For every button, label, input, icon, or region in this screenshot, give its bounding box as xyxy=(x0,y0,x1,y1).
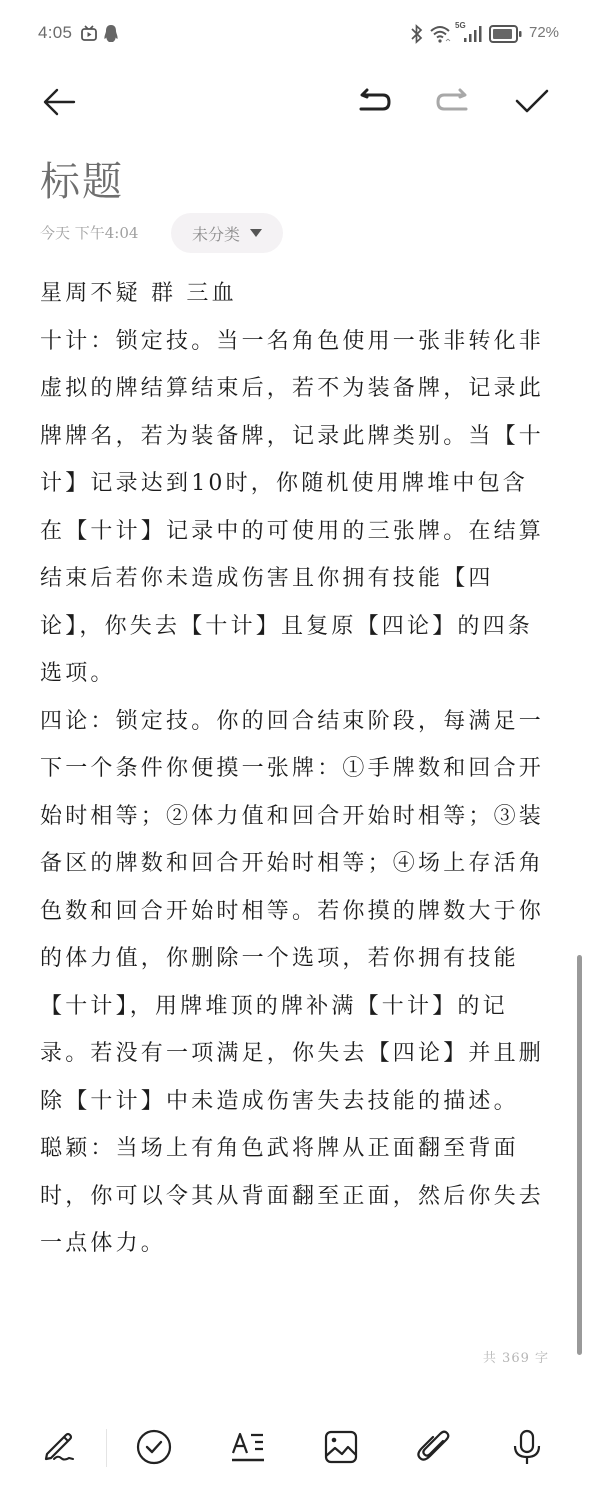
scrollbar[interactable] xyxy=(577,955,582,1355)
redo-icon xyxy=(436,88,470,116)
paragraph-congying: 聪颖：当场上有角色武将牌从正面翻至背面时，你可以令其从背面翻至正面，然后你失去一… xyxy=(40,1125,548,1268)
note-timestamp: 今天 下午4:04 xyxy=(40,222,138,243)
undo-icon xyxy=(357,88,391,116)
qq-penguin-icon xyxy=(103,24,119,48)
image-icon xyxy=(323,1429,359,1465)
attachment-button[interactable] xyxy=(412,1425,456,1469)
text-format-icon xyxy=(230,1429,266,1465)
insert-image-button[interactable] xyxy=(319,1425,363,1469)
paragraph-header: 星周不疑 群 三血 xyxy=(40,270,548,318)
text-format-button[interactable] xyxy=(226,1425,270,1469)
attachment-icon xyxy=(416,1429,452,1465)
category-dropdown[interactable]: 未分类 xyxy=(171,213,283,253)
battery-icon xyxy=(489,24,523,48)
status-time: 4:05 xyxy=(38,23,72,43)
note-title[interactable]: 标题 xyxy=(40,150,124,207)
checklist-icon xyxy=(135,1428,173,1466)
back-button[interactable] xyxy=(37,80,81,124)
toolbar-divider xyxy=(106,1429,107,1467)
editor-top-bar xyxy=(0,72,591,132)
paragraph-shiji: 十计：锁定技。当一名角色使用一张非转化非虚拟的牌结算结束后，若不为装备牌，记录此… xyxy=(40,318,548,698)
status-bar: 4:05 5G 72% xyxy=(0,0,591,66)
redo-button[interactable] xyxy=(431,80,475,124)
handwriting-button[interactable] xyxy=(38,1425,82,1469)
checklist-button[interactable] xyxy=(132,1425,176,1469)
tv-app-icon xyxy=(80,24,98,46)
caret-down-icon xyxy=(250,229,262,237)
handwriting-icon xyxy=(42,1429,78,1465)
checkmark-icon xyxy=(515,88,549,116)
arrow-left-icon xyxy=(42,85,76,119)
wifi-icon xyxy=(429,24,453,48)
bluetooth-icon xyxy=(410,24,424,48)
microphone-icon xyxy=(509,1429,545,1465)
signal-strength-icon xyxy=(463,24,483,48)
confirm-button[interactable] xyxy=(510,80,554,124)
paragraph-silun: 四论：锁定技。你的回合结束阶段，每满足一下一个条件你便摸一张牌：①手牌数和回合开… xyxy=(40,698,548,1126)
voice-input-button[interactable] xyxy=(505,1425,549,1469)
undo-button[interactable] xyxy=(352,80,396,124)
word-count: 共 369 字 xyxy=(483,1347,549,1366)
note-body[interactable]: 星周不疑 群 三血 十计：锁定技。当一名角色使用一张非转化非虚拟的牌结算结束后，… xyxy=(40,270,548,1268)
bottom-toolbar xyxy=(0,1415,591,1480)
battery-percentage: 72% xyxy=(529,24,559,41)
category-label: 未分类 xyxy=(192,222,240,245)
